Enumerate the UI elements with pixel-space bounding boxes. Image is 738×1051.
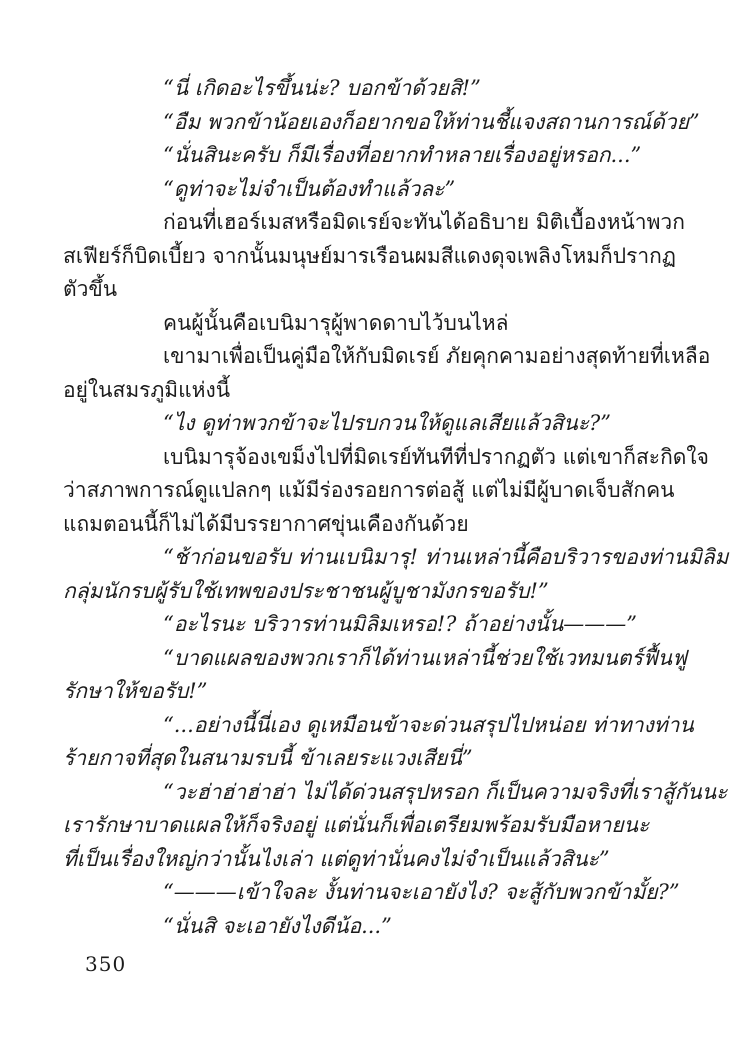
text-line: เบนิมารุจ้องเขม็งไปที่มิดเรย์ทันทีที่ปรา… [63,441,667,475]
book-page: “นี่ เกิดอะไรขึ้นน่ะ? บอกข้าด้วยสิ!” “อื… [0,0,738,1051]
text-line: เขามาเพื่อเป็นคู่มือให้กับมิดเรย์ ภัยคุก… [63,340,667,374]
text-line: “อืม พวกข้าน้อยเองก็อยากขอให้ท่านชี้แจงส… [63,106,667,140]
text-line: ที่เป็นเรื่องใหญ่กว่านั้นไงเล่า แต่ดูท่า… [63,843,667,877]
page-number: 350 [85,952,126,976]
text-line: “นี่ เกิดอะไรขึ้นน่ะ? บอกข้าด้วยสิ!” [63,72,667,106]
text-line: “วะฮ่าฮ่าฮ่าฮ่า ไม่ได้ด่วนสรุปหรอก ก็เป็… [63,776,667,810]
text-line: เรารักษาบาดแผลให้ก็จริงอยู่ แต่นั่นก็เพื… [63,809,667,843]
text-line: “อะไรนะ บริวารท่านมิลิมเหรอ!? ถ้าอย่างนั… [63,608,667,642]
text-line: ก่อนที่เฮอร์เมสหรือมิดเรย์จะทันได้อธิบาย… [63,206,667,240]
text-line: “บาดแผลของพวกเราก็ได้ท่านเหล่านี้ช่วยใช้… [63,642,667,676]
text-line: ตัวขึ้น [63,273,667,307]
text-line: “...อย่างนี้นี่เอง ดูเหมือนข้าจะด่วนสรุป… [63,709,667,743]
text-line: “นั่นสิ จะเอายังไงดีน้อ...” [63,910,667,944]
text-line: แถมตอนนี้ก็ไม่ได้มีบรรยากาศขุ่นเคืองกันด… [63,508,667,542]
text-line: “ช้าก่อนขอรับ ท่านเบนิมารุ! ท่านเหล่านี้… [63,541,667,575]
text-line: คนผู้นั้นคือเบนิมารุผู้พาดดาบไว้บนไหล่ [63,307,667,341]
text-line: สเฟียร์ก็บิดเบี้ยว จากนั้นมนุษย์มารเรือน… [63,240,667,274]
text-line: “ดูท่าจะไม่จำเป็นต้องทำแล้วละ” [63,173,667,207]
text-line: “นั่นสินะครับ ก็มีเรื่องที่อยากทำหลายเรื… [63,139,667,173]
text-line: ว่าสภาพการณ์ดูแปลกๆ แม้มีร่องรอยการต่อสู… [63,474,667,508]
text-line: ร้ายกาจที่สุดในสนามรบนี้ ข้าเลยระแวงเสีย… [63,742,667,776]
page-text: “นี่ เกิดอะไรขึ้นน่ะ? บอกข้าด้วยสิ!” “อื… [63,72,667,943]
text-line: อยู่ในสมรภูมิแห่งนี้ [63,374,667,408]
text-line: “ไง ดูท่าพวกข้าจะไปรบกวนให้ดูแลเสียแล้วส… [63,407,667,441]
text-line: กลุ่มนักรบผู้รับใช้เทพของประชาชนผู้บูชาม… [63,575,667,609]
text-line: “———เข้าใจละ งั้นท่านจะเอายังไง? จะสู้กั… [63,876,667,910]
text-line: รักษาให้ขอรับ!” [63,675,667,709]
